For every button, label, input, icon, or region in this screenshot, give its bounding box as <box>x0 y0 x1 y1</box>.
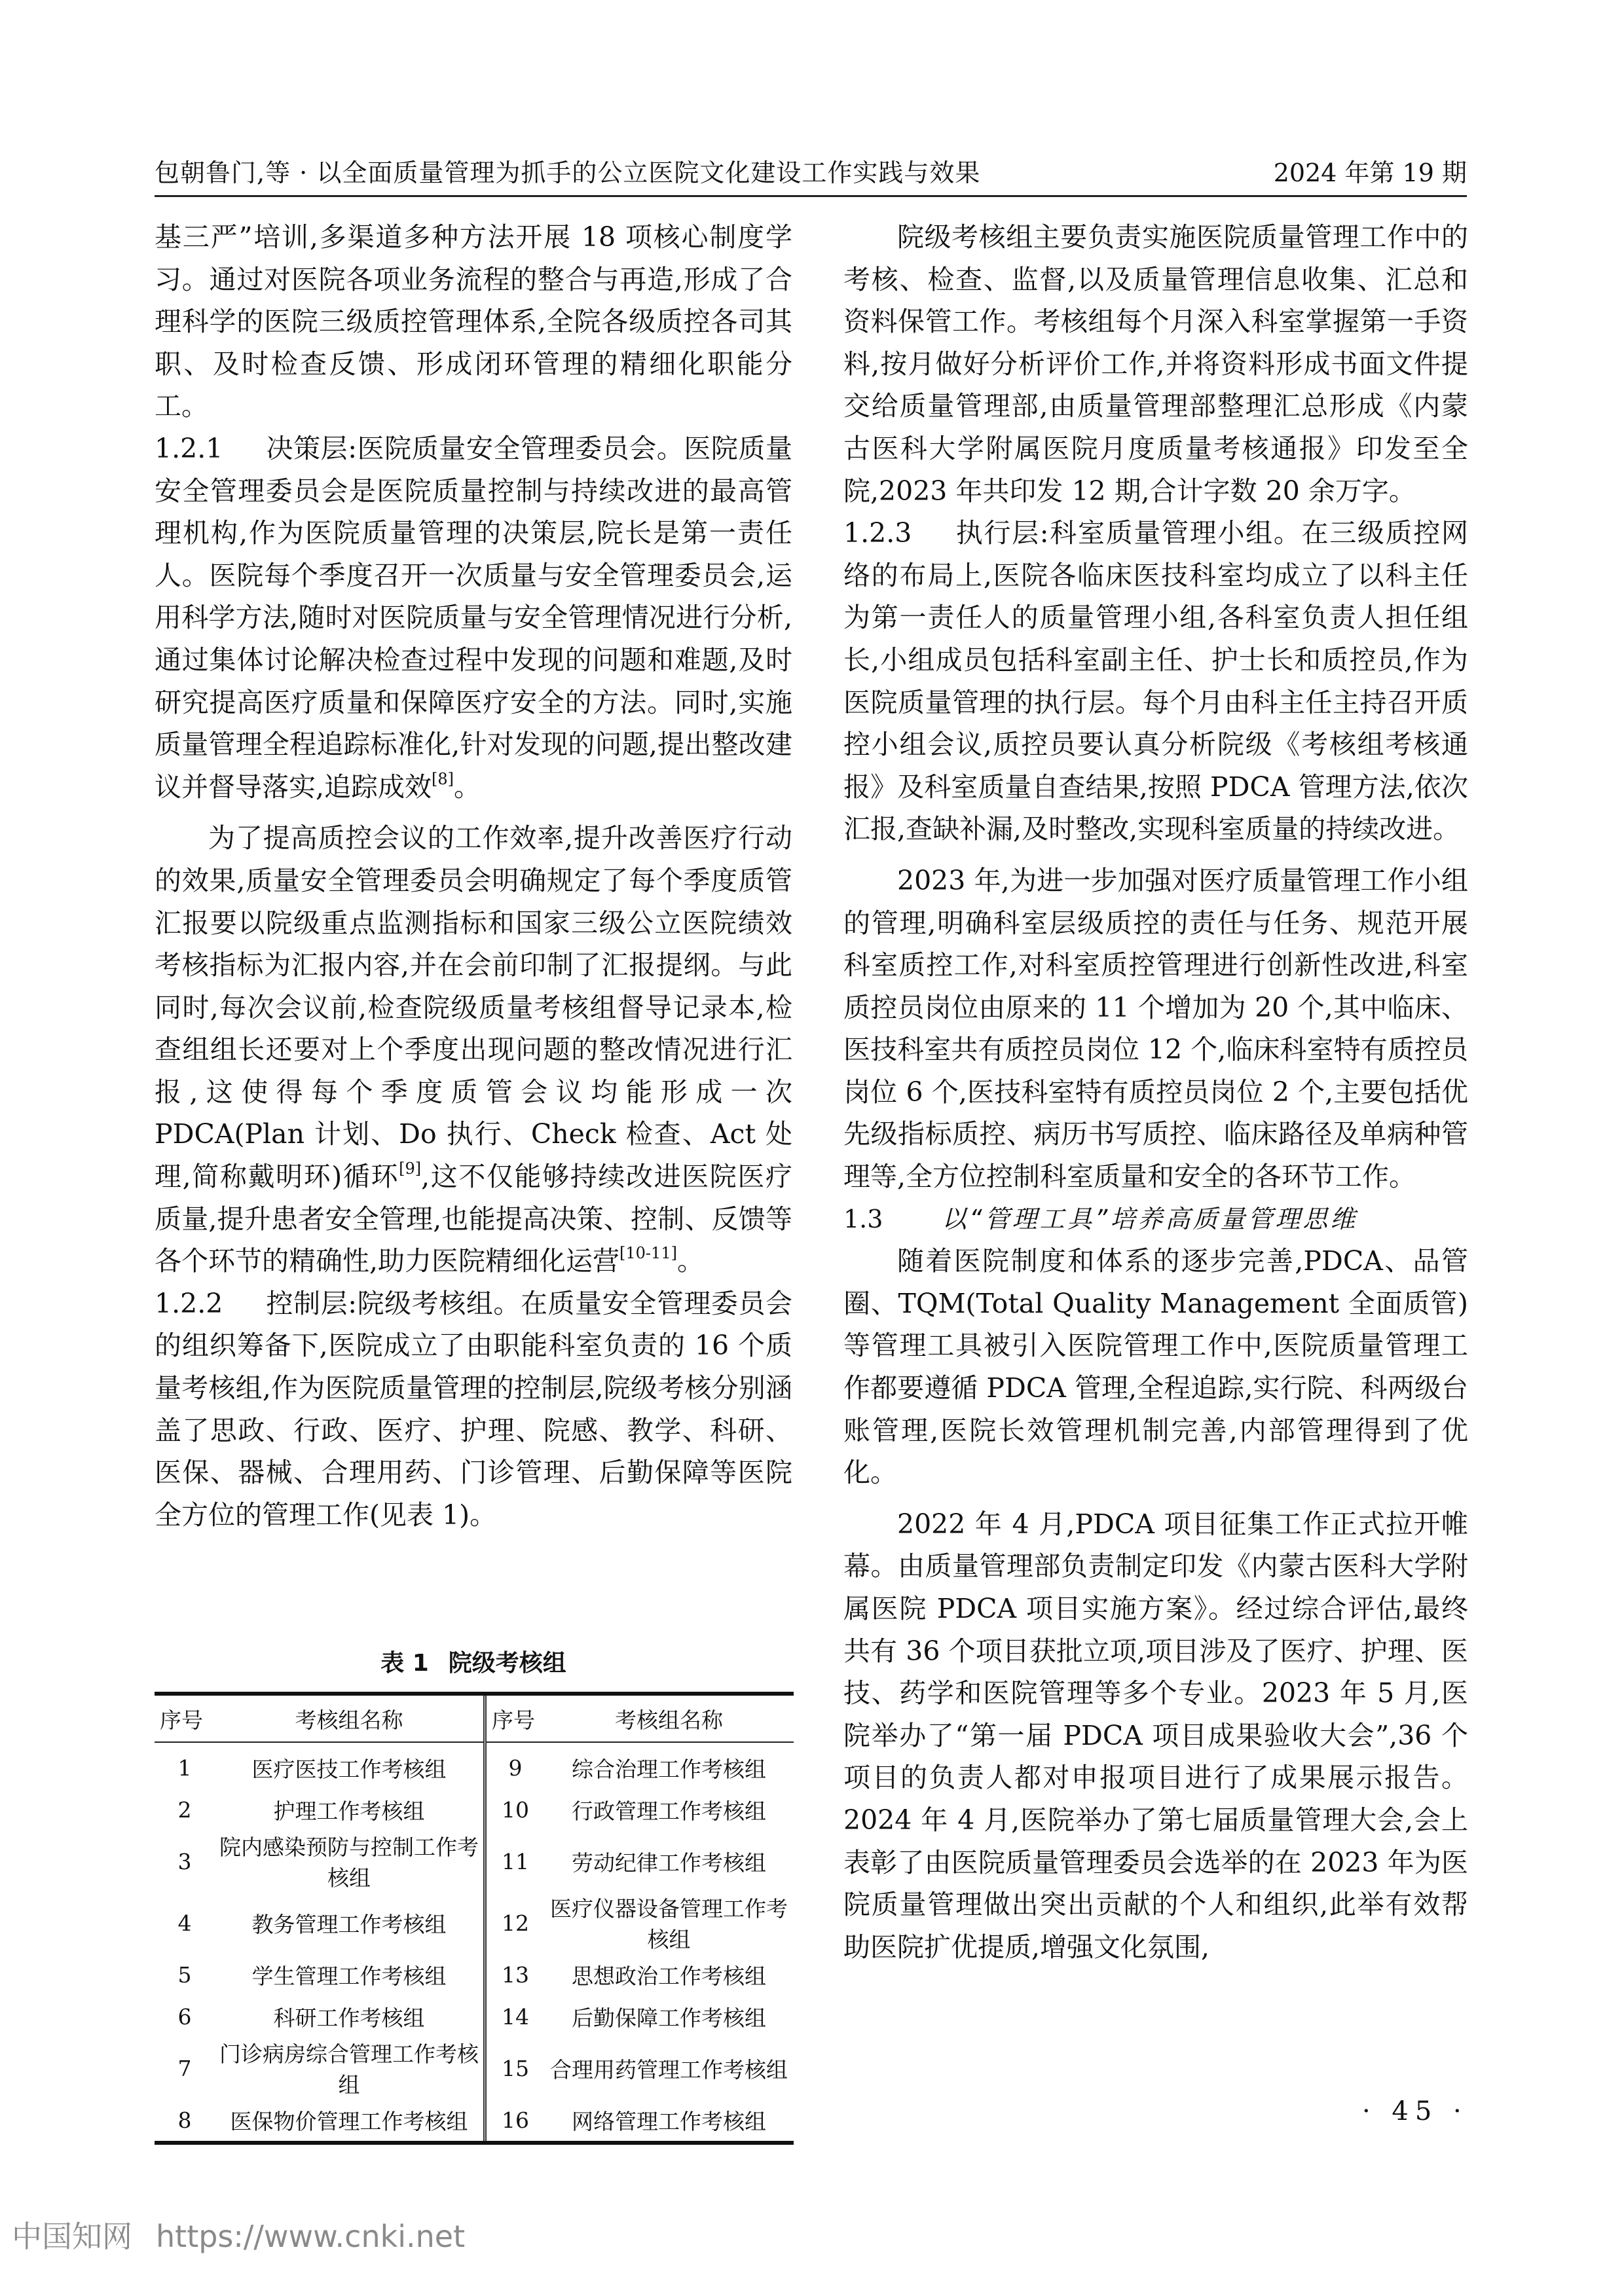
citation-ref[interactable]: [9] <box>399 1159 421 1178</box>
header-seq: 序号 <box>485 1694 545 1742</box>
row-name: 后勤保障工作考核组 <box>544 1995 794 2037</box>
header-seq: 序号 <box>155 1694 215 1742</box>
section-number: 1.3 <box>843 1198 942 1241</box>
table-title: 院级考核组 <box>449 1650 566 1677</box>
row-name: 院内感染预防与控制工作考核组 <box>215 1831 485 1892</box>
row-name: 科研工作考核组 <box>215 1995 485 2037</box>
paragraph: 2022 年 4 月,PDCA 项目征集工作正式拉开帷幕。由质量管理部负责制定印… <box>843 1503 1468 1969</box>
watermark-brand: 中国知网 <box>12 2219 132 2254</box>
section-1-2-1: 1.2.1决策层:医院质量安全管理委员会。医院质量安全管理委员会是医院质量控制与… <box>155 428 792 808</box>
row-seq: 11 <box>485 1831 545 1892</box>
left-column: 基三严”培训,多渠道多种方法开展 18 项核心制度学习。通过对医院各项业务流程的… <box>155 216 792 1536</box>
row-name: 综合治理工作考核组 <box>544 1742 794 1789</box>
row-seq: 9 <box>485 1742 545 1789</box>
row-name: 劳动纪律工作考核组 <box>544 1831 794 1892</box>
row-seq: 13 <box>485 1954 545 1995</box>
table-row: 6科研工作考核组14后勤保障工作考核组 <box>155 1995 794 2037</box>
row-name: 医疗医技工作考核组 <box>215 1742 485 1789</box>
cnki-watermark: 中国知网https://www.cnki.net <box>12 2213 465 2256</box>
table-row: 5学生管理工作考核组13思想政治工作考核组 <box>155 1954 794 1995</box>
running-head-title: 包朝鲁门,等 · 以全面质量管理为抓手的公立医院文化建设工作实践与效果 <box>155 155 980 191</box>
row-seq: 8 <box>155 2099 215 2143</box>
row-seq: 14 <box>485 1995 545 2037</box>
row-name: 教务管理工作考核组 <box>215 1892 485 1954</box>
issue-label: 2024 年第 19 期 <box>1274 155 1467 191</box>
section-heading-text: 以“管理工具”培养高质量管理思维 <box>942 1205 1357 1233</box>
row-seq: 10 <box>485 1789 545 1831</box>
section-text: 决策层:医院质量安全管理委员会。医院质量安全管理委员会是医院质量控制与持续改进的… <box>155 433 792 803</box>
right-column: 院级考核组主要负责实施医院质量管理工作中的考核、检查、监督,以及质量管理信息收集… <box>843 216 1468 1968</box>
header-name: 考核组名称 <box>215 1694 485 1742</box>
row-name: 门诊病房综合管理工作考核组 <box>215 2037 485 2099</box>
row-seq: 16 <box>485 2099 545 2143</box>
table-caption: 表 1院级考核组 <box>155 1645 792 1678</box>
table-number: 表 1 <box>380 1650 429 1677</box>
section-number: 1.2.2 <box>155 1283 266 1325</box>
row-seq: 15 <box>485 2037 545 2099</box>
row-name: 医疗仪器设备管理工作考核组 <box>544 1892 794 1954</box>
paragraph: 基三严”培训,多渠道多种方法开展 18 项核心制度学习。通过对医院各项业务流程的… <box>155 216 792 428</box>
paragraph: 随着医院制度和体系的逐步完善,PDCA、品管圈、TQM(Total Qualit… <box>843 1240 1468 1494</box>
watermark-url[interactable]: https://www.cnki.net <box>156 2219 465 2254</box>
row-name: 思想政治工作考核组 <box>544 1954 794 1995</box>
paragraph: 2023 年,为进一步加强对医疗质量管理工作小组的管理,明确科室层级质控的责任与… <box>843 860 1468 1198</box>
row-name: 行政管理工作考核组 <box>544 1789 794 1831</box>
citation-ref[interactable]: [8] <box>432 770 454 788</box>
table-row: 8医保物价管理工作考核组16网络管理工作考核组 <box>155 2099 794 2143</box>
row-seq: 5 <box>155 1954 215 1995</box>
section-1-2-3: 1.2.3执行层:科室质量管理小组。在三级质控网络的布局上,医院各临床医技科室均… <box>843 512 1468 850</box>
row-seq: 7 <box>155 2037 215 2099</box>
section-text: 控制层:院级考核组。在质量安全管理委员会的组织筹备下,医院成立了由职能科室负责的… <box>155 1288 792 1531</box>
section-number: 1.2.1 <box>155 428 266 470</box>
page-number: · 45 · <box>1362 2096 1468 2126</box>
running-head: 包朝鲁门,等 · 以全面质量管理为抓手的公立医院文化建设工作实践与效果 2024… <box>155 155 1467 197</box>
section-text: 执行层:科室质量管理小组。在三级质控网络的布局上,医院各临床医技科室均成立了以科… <box>843 517 1468 845</box>
section-1-3-heading: 1.3以“管理工具”培养高质量管理思维 <box>843 1198 1468 1241</box>
row-name: 护理工作考核组 <box>215 1789 485 1831</box>
section-1-2-2: 1.2.2控制层:院级考核组。在质量安全管理委员会的组织筹备下,医院成立了由职能… <box>155 1283 792 1537</box>
citation-ref[interactable]: [10-11] <box>619 1244 677 1262</box>
assessment-groups-table: 序号 考核组名称 序号 考核组名称 1医疗医技工作考核组9综合治理工作考核组2护… <box>155 1692 794 2145</box>
row-seq: 6 <box>155 1995 215 2037</box>
row-name: 学生管理工作考核组 <box>215 1954 485 1995</box>
table-row: 2护理工作考核组10行政管理工作考核组 <box>155 1789 794 1831</box>
paragraph: 为了提高质控会议的工作效率,提升改善医疗行动的效果,质量安全管理委员会明确规定了… <box>155 817 792 1283</box>
row-seq: 12 <box>485 1892 545 1954</box>
row-seq: 2 <box>155 1789 215 1831</box>
row-seq: 1 <box>155 1742 215 1789</box>
row-seq: 4 <box>155 1892 215 1954</box>
row-seq: 3 <box>155 1831 215 1892</box>
table-row: 3院内感染预防与控制工作考核组11劳动纪律工作考核组 <box>155 1831 794 1892</box>
table-row: 4教务管理工作考核组12医疗仪器设备管理工作考核组 <box>155 1892 794 1954</box>
section-number: 1.2.3 <box>843 512 955 555</box>
paragraph: 院级考核组主要负责实施医院质量管理工作中的考核、检查、监督,以及质量管理信息收集… <box>843 216 1468 512</box>
row-name: 合理用药管理工作考核组 <box>544 2037 794 2099</box>
table-header-row: 序号 考核组名称 序号 考核组名称 <box>155 1694 794 1742</box>
row-name: 网络管理工作考核组 <box>544 2099 794 2143</box>
header-name: 考核组名称 <box>544 1694 794 1742</box>
table-row: 1医疗医技工作考核组9综合治理工作考核组 <box>155 1742 794 1789</box>
table-row: 7门诊病房综合管理工作考核组15合理用药管理工作考核组 <box>155 2037 794 2099</box>
row-name: 医保物价管理工作考核组 <box>215 2099 485 2143</box>
